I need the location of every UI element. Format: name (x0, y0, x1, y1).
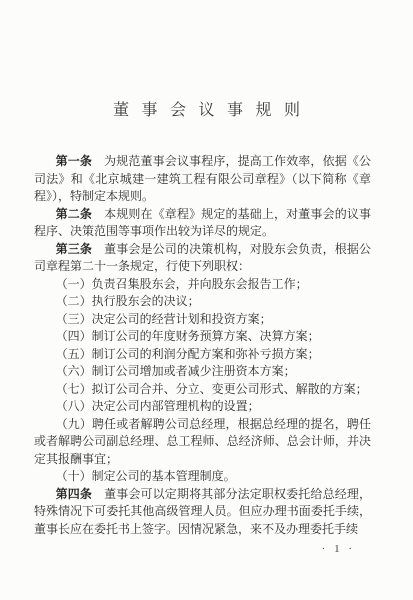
document-page: 董事会议事规则 第一条 为规范董事会议事程序，提高工作效率，依据《公司法》和《北… (0, 0, 413, 600)
article-label: 第一条 (56, 154, 92, 168)
paragraph-text: （七）拟订公司合并、分立、变更公司形式、解散的方案； (56, 382, 368, 396)
list-item-paragraph: （二）执行股东会的决议； (34, 293, 371, 311)
paragraph-text: （四）制订公司的年度财务预算方案、决算方案； (56, 329, 320, 343)
list-item-paragraph: （一）负责召集股东会，并向股东会报告工作； (34, 276, 371, 294)
paragraph-text: （六）制订公司增加或者减少注册资本方案； (56, 364, 296, 378)
article-paragraph: 第四条 董事会可以定期将其部分法定职权委托给总经理，特殊情况下可委托其他高级管理… (34, 486, 371, 539)
page-title: 董事会议事规则 (0, 97, 413, 120)
article-label: 第三条 (56, 242, 92, 256)
article-label: 第四条 (56, 487, 92, 501)
article-label: 第二条 (56, 207, 92, 221)
paragraph-text: （五）制订公司的利润分配方案和弥补亏损方案； (56, 347, 320, 361)
document-body: 第一条 为规范董事会议事程序，提高工作效率，依据《公司法》和《北京城建一建筑工程… (34, 153, 371, 538)
paragraph-text: （三）决定公司的经营计划和投资方案； (56, 312, 272, 326)
article-paragraph: 第二条 本规则在《章程》规定的基础上，对董事会的议事程序、决策范围等事项作出较为… (34, 206, 371, 241)
list-item-paragraph: （七）拟订公司合并、分立、变更公司形式、解散的方案； (34, 381, 371, 399)
paragraph-text: （十）制定公司的基本管理制度。 (56, 469, 236, 483)
list-item-paragraph: （五）制订公司的利润分配方案和弥补亏损方案； (34, 346, 371, 364)
list-item-paragraph: （十）制定公司的基本管理制度。 (34, 468, 371, 486)
list-item-paragraph: （八）决定公司内部管理机构的设置； (34, 398, 371, 416)
paragraph-text: （二）执行股东会的决议； (56, 294, 200, 308)
paragraph-text: （八）决定公司内部管理机构的设置； (56, 399, 260, 413)
list-item-paragraph: （九）聘任或者解聘公司总经理，根据总经理的提名，聘任或者解聘公司副总经理、总工程… (34, 416, 371, 469)
list-item-paragraph: （三）决定公司的经营计划和投资方案； (34, 311, 371, 329)
page-number: · 1 · (322, 543, 355, 555)
paragraph-text: （九）聘任或者解聘公司总经理，根据总经理的提名，聘任或者解聘公司副总经理、总工程… (34, 417, 371, 466)
paragraph-text: （一）负责召集股东会，并向股东会报告工作； (56, 277, 308, 291)
article-paragraph: 第三条 董事会是公司的决策机构，对股东会负责，根据公司章程第二十一条规定，行使下… (34, 241, 371, 276)
list-item-paragraph: （六）制订公司增加或者减少注册资本方案； (34, 363, 371, 381)
list-item-paragraph: （四）制订公司的年度财务预算方案、决算方案； (34, 328, 371, 346)
article-paragraph: 第一条 为规范董事会议事程序，提高工作效率，依据《公司法》和《北京城建一建筑工程… (34, 153, 371, 206)
